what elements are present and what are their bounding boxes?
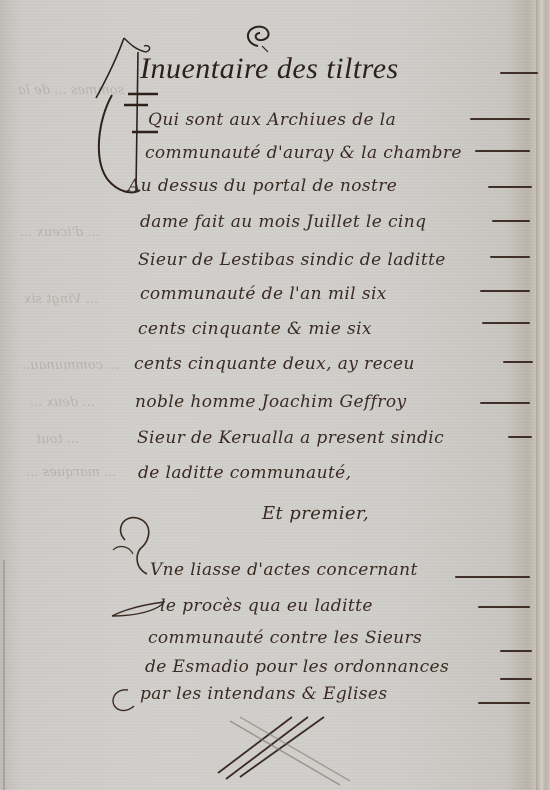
bleedthrough-text: ... marques ... [26, 465, 116, 480]
manuscript-line: Vne liasse d'actes concernant [150, 560, 418, 580]
manuscript-line: dame fait au mois Juillet le cinq [140, 212, 426, 232]
bleedthrough-text: ... tout [36, 432, 79, 447]
line-filler [500, 72, 538, 74]
manuscript-page: ... sommes ... de la ... d'iceux ... ...… [0, 0, 550, 790]
line-filler [500, 650, 532, 652]
manuscript-line: Sieur de Lestibas sindic de laditte [138, 250, 446, 270]
line-filler [508, 436, 532, 438]
line-filler [500, 678, 532, 680]
bleedthrough-text: ... deux ... [30, 395, 95, 410]
manuscript-line: cents cinquante & mie six [138, 319, 372, 339]
manuscript-line: communauté contre les Sieurs [148, 628, 422, 648]
line-filler [503, 361, 533, 363]
line-filler [482, 322, 530, 324]
manuscript-line: Qui sont aux Archiues de la [148, 110, 396, 130]
manuscript-line: communauté d'auray & la chambre [145, 143, 462, 163]
manuscript-line: cents cinquante deux, ay receu [134, 354, 415, 374]
line-filler [480, 402, 530, 404]
line-initial-flourish-icon [108, 598, 168, 622]
section-heading: Et premier, [262, 503, 369, 524]
manuscript-line: Sieur de Kerualla a present sindic [137, 428, 444, 448]
manuscript-line: le procès qua eu laditte [160, 596, 373, 616]
line-filler [488, 186, 532, 188]
line-filler [475, 150, 530, 152]
line-filler [492, 220, 530, 222]
cancellation-strokes-icon [200, 705, 360, 790]
manuscript-line: par les intendans & Eglises [140, 684, 388, 704]
manuscript-line: Au dessus du portal de nostre [128, 176, 397, 196]
page-binding-edge [536, 0, 550, 790]
line-filler [470, 118, 530, 120]
manuscript-line: noble homme Joachim Geffroy [135, 392, 406, 412]
document-title: Inuentaire des tiltres [140, 52, 399, 86]
line-filler [480, 290, 530, 292]
manuscript-line: de laditte communauté, [138, 463, 351, 483]
manuscript-line: communauté de l'an mil six [140, 284, 387, 304]
bleedthrough-text: ... Vingt six [24, 292, 98, 307]
line-filler [490, 256, 530, 258]
line-filler [478, 702, 530, 704]
line-filler [455, 576, 530, 578]
manuscript-line: de Esmadio pour les ordonnances [145, 657, 449, 677]
page-left-edge [3, 560, 5, 790]
bleedthrough-text: ... d'iceux ... [20, 225, 100, 240]
line-filler [478, 606, 530, 608]
bleedthrough-text: ... communau.. [22, 358, 119, 373]
line-initial-flourish-icon [106, 686, 136, 716]
